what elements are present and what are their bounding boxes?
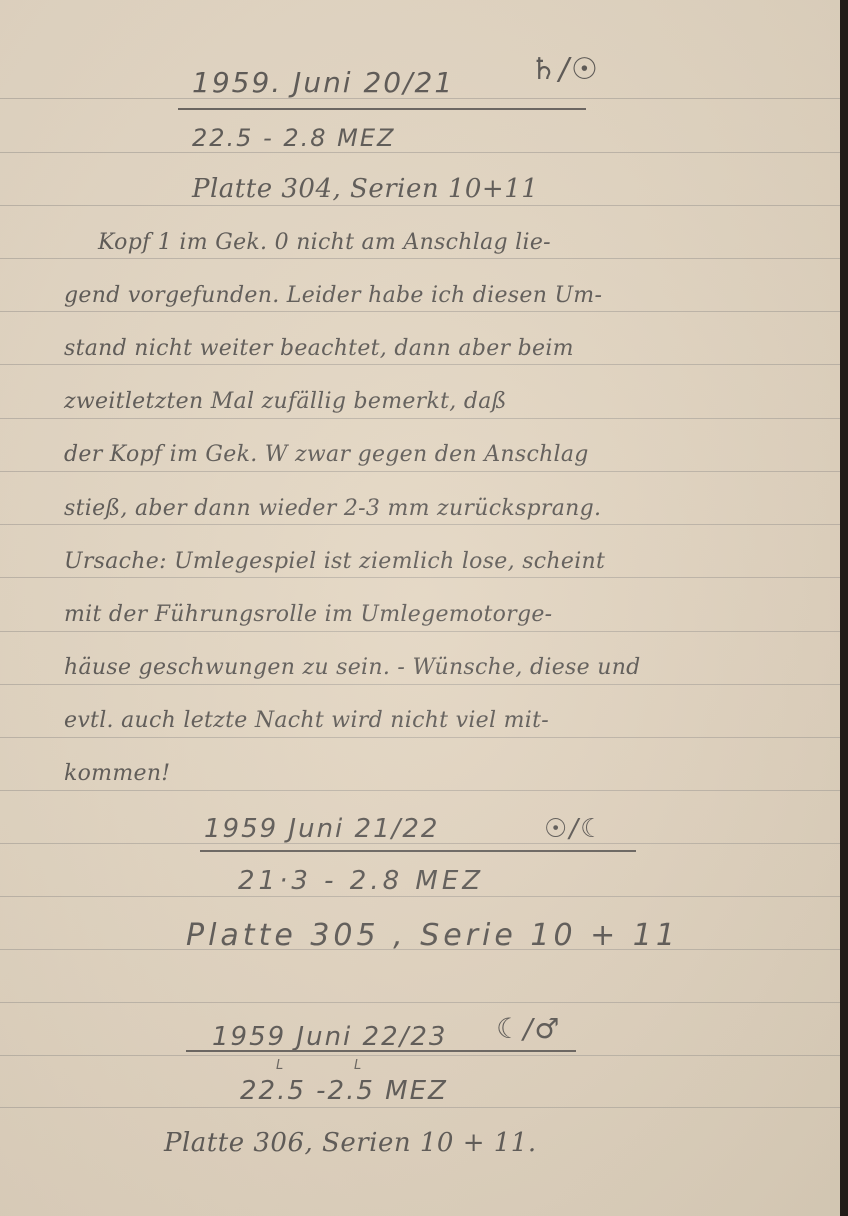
ruled-line [0, 684, 840, 685]
entry-2-planet-symbols: ☉/☾ [544, 814, 605, 844]
note-line: kommen! [64, 761, 170, 786]
notebook-page: 1959. Juni 20/21 ♄/☉ 22.5 - 2.8 MEZ Plat… [0, 0, 840, 1216]
ruled-line [0, 1055, 840, 1056]
note-line: mit der Führungsrolle im Umlegemotorge- [64, 602, 552, 627]
ruled-line [0, 471, 840, 472]
note-line: Kopf 1 im Gek. 0 nicht am Anschlag lie- [98, 230, 551, 255]
entry-1-planet-symbols: ♄/☉ [530, 52, 600, 87]
page-edge [840, 0, 848, 1216]
note-line: Ursache: Umlegespiel ist ziemlich lose, … [64, 549, 605, 574]
entry-3-plate: Platte 306, Serien 10 + 11. [164, 1128, 537, 1158]
ruled-line [0, 524, 840, 525]
entry-1-underline [178, 108, 586, 110]
entry-2-date: 1959 Juni 21/22 [204, 814, 439, 844]
entry-2-underline [200, 850, 636, 852]
note-line: evtl. auch letzte Nacht wird nicht viel … [64, 708, 549, 733]
entry-3-planet-symbols: ☾/♂ [496, 1012, 562, 1045]
ruled-line [0, 1107, 840, 1108]
entry-2-time: 21·3 - 2.8 MEZ [238, 866, 484, 896]
note-line: stieß, aber dann wieder 2-3 mm zurückspr… [64, 496, 601, 521]
ruled-line [0, 152, 840, 153]
entry-3-underline [186, 1050, 576, 1052]
note-line: häuse geschwungen zu sein. - Wünsche, di… [64, 655, 641, 680]
entry-1-date: 1959. Juni 20/21 [192, 66, 454, 99]
note-line: stand nicht weiter beachtet, dann aber b… [64, 336, 574, 361]
ruled-line [0, 631, 840, 632]
ruled-line [0, 418, 840, 419]
ruled-line [0, 737, 840, 738]
entry-3-time-mark: L [276, 1058, 283, 1073]
ruled-line [0, 311, 840, 312]
ruled-line [0, 790, 840, 791]
entry-1-time: 22.5 - 2.8 MEZ [192, 124, 395, 152]
note-line: gend vorgefunden. Leider habe ich diesen… [64, 283, 602, 308]
ruled-line [0, 258, 840, 259]
ruled-line [0, 1002, 840, 1003]
note-line: der Kopf im Gek. W zwar gegen den Anschl… [64, 442, 589, 467]
ruled-line [0, 364, 840, 365]
entry-3-time-mark: L [354, 1058, 361, 1073]
entry-1-plate: Platte 304, Serien 10+11 [192, 174, 538, 204]
ruled-line [0, 577, 840, 578]
ruled-line [0, 205, 840, 206]
entry-3-date: 1959 Juni 22/23 [212, 1022, 447, 1052]
entry-3-time: 22.5 -2.5 MEZ [240, 1076, 448, 1106]
note-line: zweitletzten Mal zufällig bemerkt, daß [64, 389, 507, 414]
entry-2-plate: Platte 305 , Serie 10 + 11 [186, 918, 679, 953]
ruled-line [0, 896, 840, 897]
